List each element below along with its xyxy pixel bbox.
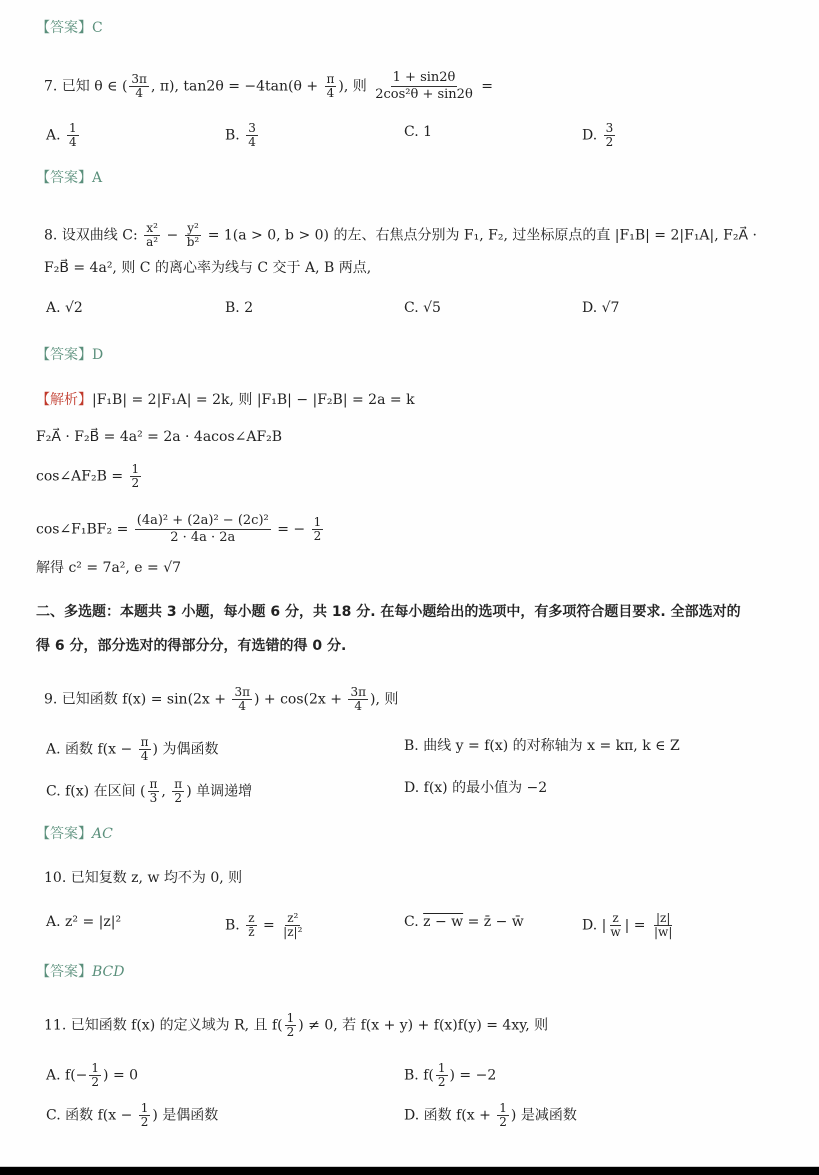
q10-option-b: B. zz̄ = z²|z|² [225,912,306,939]
question-8-stem-line2: F₂B⃗ = 4a², 则 C 的离心率为线与 C 交于 A, B 两点, [44,258,371,278]
q8-option-b: B. 2 [225,298,253,318]
analysis-line-4: cos∠F₁BF₂ = (4a)² + (2a)² − (2c)²2 · 4a … [36,513,325,546]
analysis-line-2: F₂A⃗ · F₂B⃗ = 4a² = 2a · 4acos∠AF₂B [36,427,282,447]
question-8-stem-line1: 8. 设双曲线 C: x²a² − y²b² = 1(a > 0, b > 0)… [44,222,757,249]
q7-option-c: C. 1 [404,122,432,142]
q9-option-d: D. f(x) 的最小值为 −2 [404,778,547,798]
answer-line-q9: 【答案】AC [36,824,113,844]
bottom-black-bar [0,1166,819,1175]
answer-line-q7: 【答案】A [36,168,102,188]
section-2-heading-line2: 得 6 分，部分选对的得部分分，有选错的得 0 分. [36,636,346,656]
q9-option-b: B. 曲线 y = f(x) 的对称轴为 x = kπ, k ∈ Z [404,736,680,756]
q9-option-c: C. f(x) 在区间 (π3, π2) 单调递增 [46,778,252,805]
question-11-stem: 11. 已知函数 f(x) 的定义域为 R, 且 f(12) ≠ 0, 若 f(… [44,1012,548,1039]
q8-option-d: D. √7 [582,298,619,318]
answer-tag: 【答案】 [36,20,92,36]
q10-option-c: C. z − w = z̄ − w̄ [404,912,524,932]
q10-option-a: A. z² = |z|² [46,912,121,932]
q8-option-c: C. √5 [404,298,441,318]
q11-option-c: C. 函数 f(x − 12) 是偶函数 [46,1102,218,1129]
q10-option-d: D. |zw| = |z||w| [582,912,676,939]
answer-line-q6: 【答案】C [36,18,103,38]
q9-option-a: A. 函数 f(x − π4) 为偶函数 [46,736,218,763]
q7-option-b: B. 34 [225,122,260,149]
fraction: π4 [325,73,337,100]
section-2-heading-line1: 二、多选题：本题共 3 小题，每小题 6 分，共 18 分. 在每小题给出的选项… [36,602,741,622]
analysis-line-1: 【解析】|F₁B| = 2|F₁A| = 2k, 则 |F₁B| − |F₂B|… [36,390,415,410]
q11-option-b: B. f(12) = −2 [404,1062,496,1089]
analysis-line-5: 解得 c² = 7a², e = √7 [36,558,181,578]
answer-line-q10: 【答案】BCD [36,962,124,982]
question-10-stem: 10. 已知复数 z, w 均不为 0, 则 [44,868,242,888]
question-7-stem: 7. 已知 θ ∈ (3π4, π), tan2θ = −4tan(θ + π4… [44,70,493,103]
analysis-line-3: cos∠AF₂B = 12 [36,463,143,490]
analysis-tag: 【解析】 [36,392,92,408]
answer-value: C [92,20,103,36]
q7-option-a: A. 14 [46,122,81,149]
q11-option-a: A. f(−12) = 0 [46,1062,138,1089]
fraction: 3π4 [129,73,149,100]
q8-option-a: A. √2 [46,298,83,318]
document-page: 【答案】C 7. 已知 θ ∈ (3π4, π), tan2θ = −4tan(… [0,0,819,1165]
answer-line-q8: 【答案】D [36,345,103,365]
q7-option-d: D. 32 [582,122,617,149]
question-9-stem: 9. 已知函数 f(x) = sin(2x + 3π4) + cos(2x + … [44,686,398,713]
q11-option-d: D. 函数 f(x + 12) 是减函数 [404,1102,577,1129]
fraction: 1 + sin2θ2cos²θ + sin2θ [373,70,475,103]
